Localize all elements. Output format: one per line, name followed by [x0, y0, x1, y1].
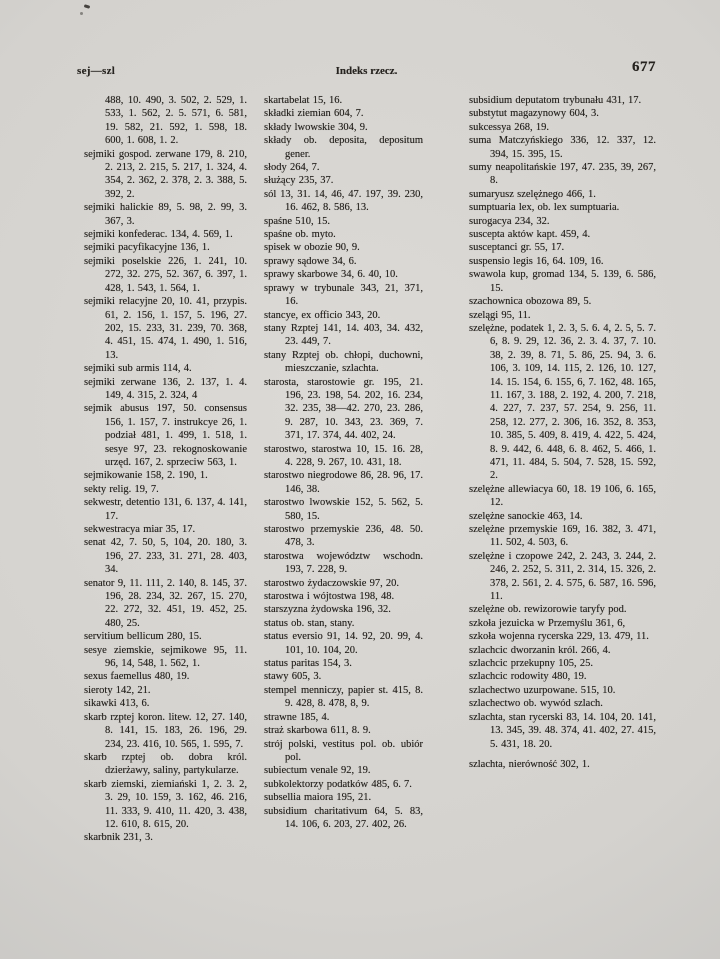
- index-entry: szachownica obozowa 89, 5.: [469, 295, 656, 308]
- index-entry: spisek w obozie 90, 9.: [264, 241, 423, 254]
- index-entry: szelężne ob. rewizorowie taryfy pod.: [469, 603, 656, 616]
- index-entry: sexus faemellus 480, 19.: [84, 670, 247, 683]
- index-entry: subiectum venale 92, 19.: [264, 764, 423, 777]
- index-entry: sejmiki relacyjne 20, 10. 41, przypis. 6…: [84, 295, 247, 362]
- index-entry: stawy 605, 3.: [264, 670, 423, 683]
- index-entry: starostwo niegrodowe 86, 28. 96, 17. 146…: [264, 469, 423, 496]
- index-column-left: 488, 10. 490, 3. 502, 2. 529, 1. 533, 1.…: [84, 94, 247, 845]
- index-entry: skarbnik 231, 3.: [84, 831, 247, 844]
- index-entry: sejmik abusus 197, 50. consensus 156, 1.…: [84, 402, 247, 469]
- index-entry: starszyzna żydowska 196, 32.: [264, 603, 423, 616]
- index-entry: sejmiki zerwane 136, 2. 137, 1. 4. 149, …: [84, 376, 247, 403]
- index-column-right: subsidium deputatom trybunału 431, 17.su…: [469, 94, 656, 771]
- index-entry: starostwo, starostwa 10, 15. 16. 28, 4. …: [264, 443, 423, 470]
- index-entry: strój polski, vestitus pol. ob. ubiór po…: [264, 738, 423, 765]
- index-entry: sieroty 142, 21.: [84, 684, 247, 697]
- index-entry: szkoła wojenna rycerska 229, 13. 479, 11…: [469, 630, 656, 643]
- index-entry: servitium bellicum 280, 15.: [84, 630, 247, 643]
- index-entry: sejmiki konfederac. 134, 4. 569, 1.: [84, 228, 247, 241]
- index-columns: 488, 10. 490, 3. 502, 2. 529, 1. 533, 1.…: [84, 94, 656, 845]
- page-header: sej—szl Indeks rzecz. 677: [77, 62, 656, 80]
- index-entry: sumaryusz szelężnego 466, 1.: [469, 188, 656, 201]
- index-entry: szlachectwo uzurpowane. 515, 10.: [469, 684, 656, 697]
- index-entry: sekty relig. 19, 7.: [84, 483, 247, 496]
- index-entry: starostwo lwowskie 152, 5. 562, 5. 580, …: [264, 496, 423, 523]
- index-entry: status eversio 91, 14. 92, 20. 99, 4. 10…: [264, 630, 423, 657]
- index-entry: senator 9, 11. 111, 2. 140, 8. 145, 37. …: [84, 577, 247, 631]
- index-entry: spaśne ob. myto.: [264, 228, 423, 241]
- index-entry: subsidium charitativum 64, 5. 83, 14. 10…: [264, 805, 423, 832]
- index-entry: szlachcic dworzanin król. 266, 4.: [469, 644, 656, 657]
- index-entry: subsellia maiora 195, 21.: [264, 791, 423, 804]
- index-entry: służący 235, 37.: [264, 174, 423, 187]
- index-entry: suscepta aktów kapt. 459, 4.: [469, 228, 656, 241]
- index-entry: słody 264, 7.: [264, 161, 423, 174]
- index-entry: stancye, ex officio 343, 20.: [264, 309, 423, 322]
- index-entry: starostwa województw wschodn. 193, 7. 22…: [264, 550, 423, 577]
- index-entry: sejmiki pacyfikacyjne 136, 1.: [84, 241, 247, 254]
- index-entry: starostwo przemyskie 236, 48. 50. 478, 3…: [264, 523, 423, 550]
- index-entry: skarb rzptej ob. dobra król. dzierżawy, …: [84, 751, 247, 778]
- index-entry: surogacya 234, 32.: [469, 215, 656, 228]
- index-entry: sesye ziemskie, sejmikowe 95, 11. 96, 14…: [84, 644, 247, 671]
- index-entry: sprawy sądowe 34, 6.: [264, 255, 423, 268]
- index-entry: stempel menniczy, papier st. 415, 8. 9. …: [264, 684, 423, 711]
- index-entry: skarb ziemski, ziemiański 1, 2. 3. 2, 3.…: [84, 778, 247, 832]
- index-entry: sejmikowanie 158, 2. 190, 1.: [84, 469, 247, 482]
- index-entry: swawola kup, gromad 134, 5. 139, 6. 586,…: [469, 268, 656, 295]
- index-entry: sekwestracya miar 35, 17.: [84, 523, 247, 536]
- index-entry: sejmiki gospod. zerwane 179, 8. 210, 2. …: [84, 148, 247, 202]
- index-entry: sumy neapolitańskie 197, 47. 235, 39, 26…: [469, 161, 656, 188]
- index-entry: starostwo żydaczowskie 97, 20.: [264, 577, 423, 590]
- index-entry: sprawy w trybunale 343, 21, 371, 16.: [264, 282, 423, 309]
- index-entry: szlachcic przekupny 105, 25.: [469, 657, 656, 670]
- index-entry: szelężne i czopowe 242, 2. 243, 3. 244, …: [469, 550, 656, 604]
- index-entry: substytut magazynowy 604, 3.: [469, 107, 656, 120]
- index-entry: spaśne 510, 15.: [264, 215, 423, 228]
- index-entry: szelężne, podatek 1, 2. 3, 5. 6. 4, 2. 5…: [469, 322, 656, 483]
- scan-speck: [80, 12, 83, 15]
- index-entry: starostwa i wójtostwa 198, 48.: [264, 590, 423, 603]
- index-entry: sekwestr, detentio 131, 6. 137, 4. 141, …: [84, 496, 247, 523]
- index-entry: stany Rzptej 141, 14. 403, 34. 432, 23. …: [264, 322, 423, 349]
- index-entry: szelężne przemyskie 169, 16. 382, 3. 471…: [469, 523, 656, 550]
- index-entry: susceptanci gr. 55, 17.: [469, 241, 656, 254]
- index-entry: szkoła jezuicka w Przemyślu 361, 6,: [469, 617, 656, 630]
- index-entry: składki ziemian 604, 7.: [264, 107, 423, 120]
- index-column-middle: skartabelat 15, 16.składki ziemian 604, …: [264, 94, 423, 831]
- index-entry: szlachectwo ob. wywód szlach.: [469, 697, 656, 710]
- index-entry: szelężne allewiacya 60, 18. 19 106, 6. 1…: [469, 483, 656, 510]
- index-entry: starosta, starostowie gr. 195, 21. 196, …: [264, 376, 423, 443]
- index-entry: składy ob. deposita, depositum gener.: [264, 134, 423, 161]
- index-entry: szlachta, stan rycerski 83, 14. 104, 20.…: [469, 711, 656, 751]
- index-entry: szlachta, nierówność 302, 1.: [469, 758, 656, 771]
- index-entry: status paritas 154, 3.: [264, 657, 423, 670]
- index-entry: szelągi 95, 11.: [469, 309, 656, 322]
- index-entry: sukcessya 268, 19.: [469, 121, 656, 134]
- index-entry: szlachcic rodowity 480, 19.: [469, 670, 656, 683]
- index-entry: skarb rzptej koron. litew. 12, 27. 140, …: [84, 711, 247, 751]
- index-entry: szelężne sanockie 463, 14.: [469, 510, 656, 523]
- index-entry: sprawy skarbowe 34, 6. 40, 10.: [264, 268, 423, 281]
- page-number: 677: [632, 59, 656, 76]
- index-entry: sikawki 413, 6.: [84, 697, 247, 710]
- index-entry: straż skarbowa 611, 8. 9.: [264, 724, 423, 737]
- index-entry: senat 42, 7. 50, 5, 104, 20. 180, 3. 196…: [84, 536, 247, 576]
- index-entry: sejmiki sub armis 114, 4.: [84, 362, 247, 375]
- index-entry: strawne 185, 4.: [264, 711, 423, 724]
- index-entry: sejmiki poselskie 226, 1. 241, 10. 272, …: [84, 255, 247, 295]
- running-head-title: Indeks rzecz.: [77, 65, 656, 77]
- index-entry: sejmiki halickie 89, 5. 98, 2. 99, 3. 36…: [84, 201, 247, 228]
- index-entry: status ob. stan, stany.: [264, 617, 423, 630]
- scanned-index-page: sej—szl Indeks rzecz. 677 488, 10. 490, …: [0, 0, 720, 959]
- index-entry: subkolektorzy podatków 485, 6. 7.: [264, 778, 423, 791]
- index-entry: sumptuaria lex, ob. lex sumptuaria.: [469, 201, 656, 214]
- index-entry: subsidium deputatom trybunału 431, 17.: [469, 94, 656, 107]
- index-entry: składy lwowskie 304, 9.: [264, 121, 423, 134]
- index-entry: 488, 10. 490, 3. 502, 2. 529, 1. 533, 1.…: [84, 94, 247, 148]
- index-entry: sól 13, 31. 14, 46, 47. 197, 39. 230, 16…: [264, 188, 423, 215]
- index-entry: suspensio legis 16, 64. 109, 16.: [469, 255, 656, 268]
- index-entry: skartabelat 15, 16.: [264, 94, 423, 107]
- scan-speck: [84, 4, 91, 9]
- index-entry: stany Rzptej ob. chłopi, duchowni, miesz…: [264, 349, 423, 376]
- index-entry: suma Matczyńskiego 336, 12. 337, 12. 394…: [469, 134, 656, 161]
